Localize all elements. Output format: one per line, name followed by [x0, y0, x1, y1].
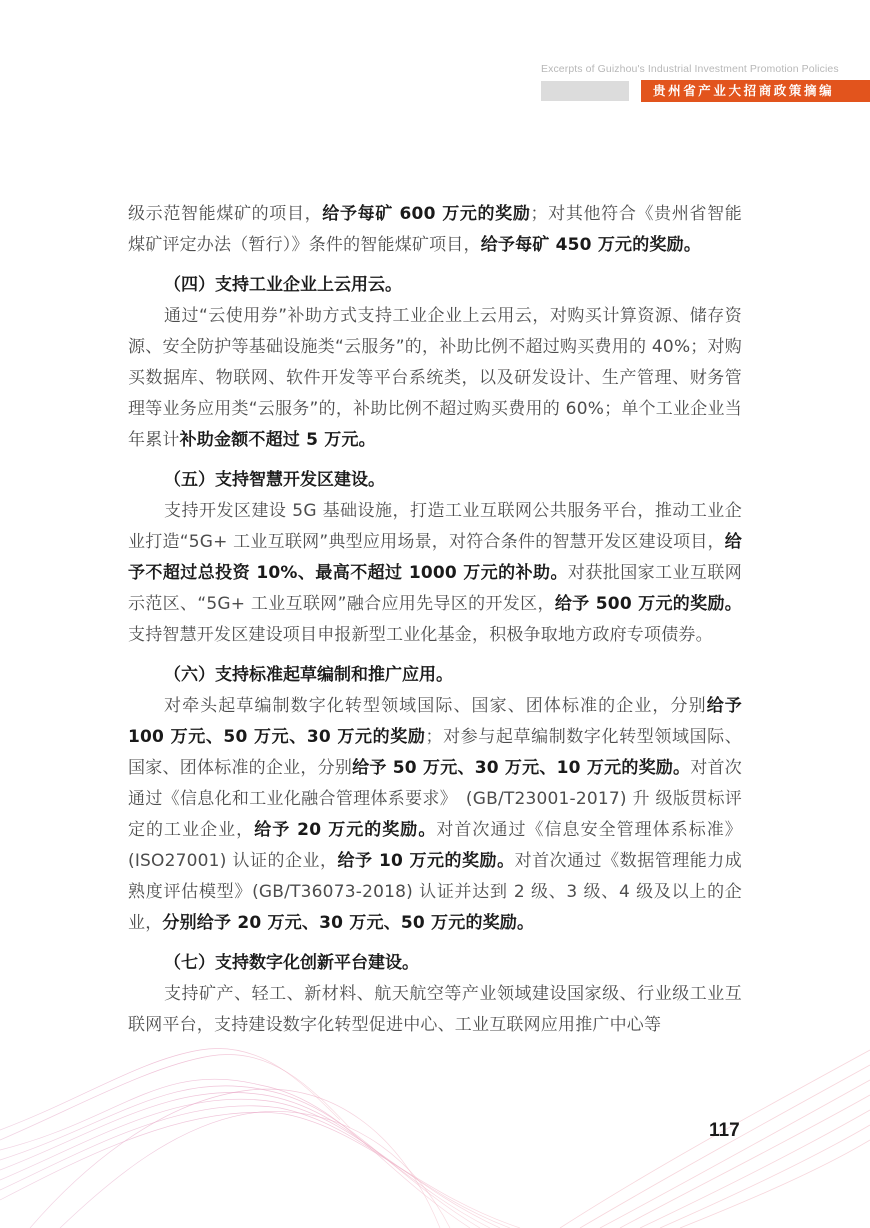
- bold-text-run: 给予每矿 450 万元的奖励。: [481, 235, 701, 255]
- bold-text-run: 给予 10 万元的奖励。: [338, 851, 515, 871]
- document-body: 级示范智能煤矿的项目，给予每矿 600 万元的奖励；对其他符合《贵州省智能煤矿评…: [128, 199, 742, 1041]
- bold-text-run: 补助金额不超过 5 万元。: [180, 430, 376, 450]
- header-english-title: Excerpts of Guizhou's Industrial Investm…: [541, 63, 841, 75]
- header-chinese-title: 贵州省产业大招商政策摘编: [641, 80, 870, 102]
- bold-text-run: 分别给予 20 万元、30 万元、50 万元的奖励。: [162, 913, 534, 933]
- bold-text-run: 给予 50 万元、30 万元、10 万元的奖励。: [352, 758, 690, 778]
- section-heading-6: （六）支持标准起草编制和推广应用。: [128, 660, 742, 691]
- text-run: 支持开发区建设 5G 基础设施，打造工业互联网公共服务平台，推动工业企业打造“5…: [128, 501, 742, 552]
- text-run: 级示范智能煤矿的项目，: [128, 204, 322, 224]
- bold-text-run: 给予每矿 600 万元的奖励: [322, 204, 530, 224]
- text-run: 对牵头起草编制数字化转型领域国际、国家、团体标准的企业，分别: [164, 696, 707, 716]
- page-number: 117: [709, 1120, 740, 1142]
- bold-text-run: 给予 20 万元的奖励。: [254, 820, 436, 840]
- section-heading-7: （七）支持数字化创新平台建设。: [128, 948, 742, 979]
- text-run: 支持智慧开发区建设项目申报新型工业化基金，积极争取地方政府专项债券。: [128, 625, 713, 645]
- section-paragraph-5: 支持开发区建设 5G 基础设施，打造工业互联网公共服务平台，推动工业企业打造“5…: [128, 496, 742, 651]
- section-heading-4: （四）支持工业企业上云用云。: [128, 270, 742, 301]
- section-paragraph-7: 支持矿产、轻工、新材料、航天航空等产业领域建设国家级、行业级工业互联网平台，支持…: [128, 979, 742, 1041]
- continuation-paragraph: 级示范智能煤矿的项目，给予每矿 600 万元的奖励；对其他符合《贵州省智能煤矿评…: [128, 199, 742, 261]
- section-heading-5: （五）支持智慧开发区建设。: [128, 465, 742, 496]
- section-paragraph-4: 通过“云使用券”补助方式支持工业企业上云用云，对购买计算资源、储存资源、安全防护…: [128, 301, 742, 456]
- text-run: 通过“云使用券”补助方式支持工业企业上云用云，对购买计算资源、储存资源、安全防护…: [128, 306, 742, 450]
- text-run: 支持矿产、轻工、新材料、航天航空等产业领域建设国家级、行业级工业互联网平台，支持…: [128, 984, 742, 1035]
- header-gray-bar: [541, 81, 629, 101]
- section-paragraph-6: 对牵头起草编制数字化转型领域国际、国家、团体标准的企业，分别给予 100 万元、…: [128, 691, 742, 939]
- bold-text-run: 给予 500 万元的奖励。: [555, 594, 742, 614]
